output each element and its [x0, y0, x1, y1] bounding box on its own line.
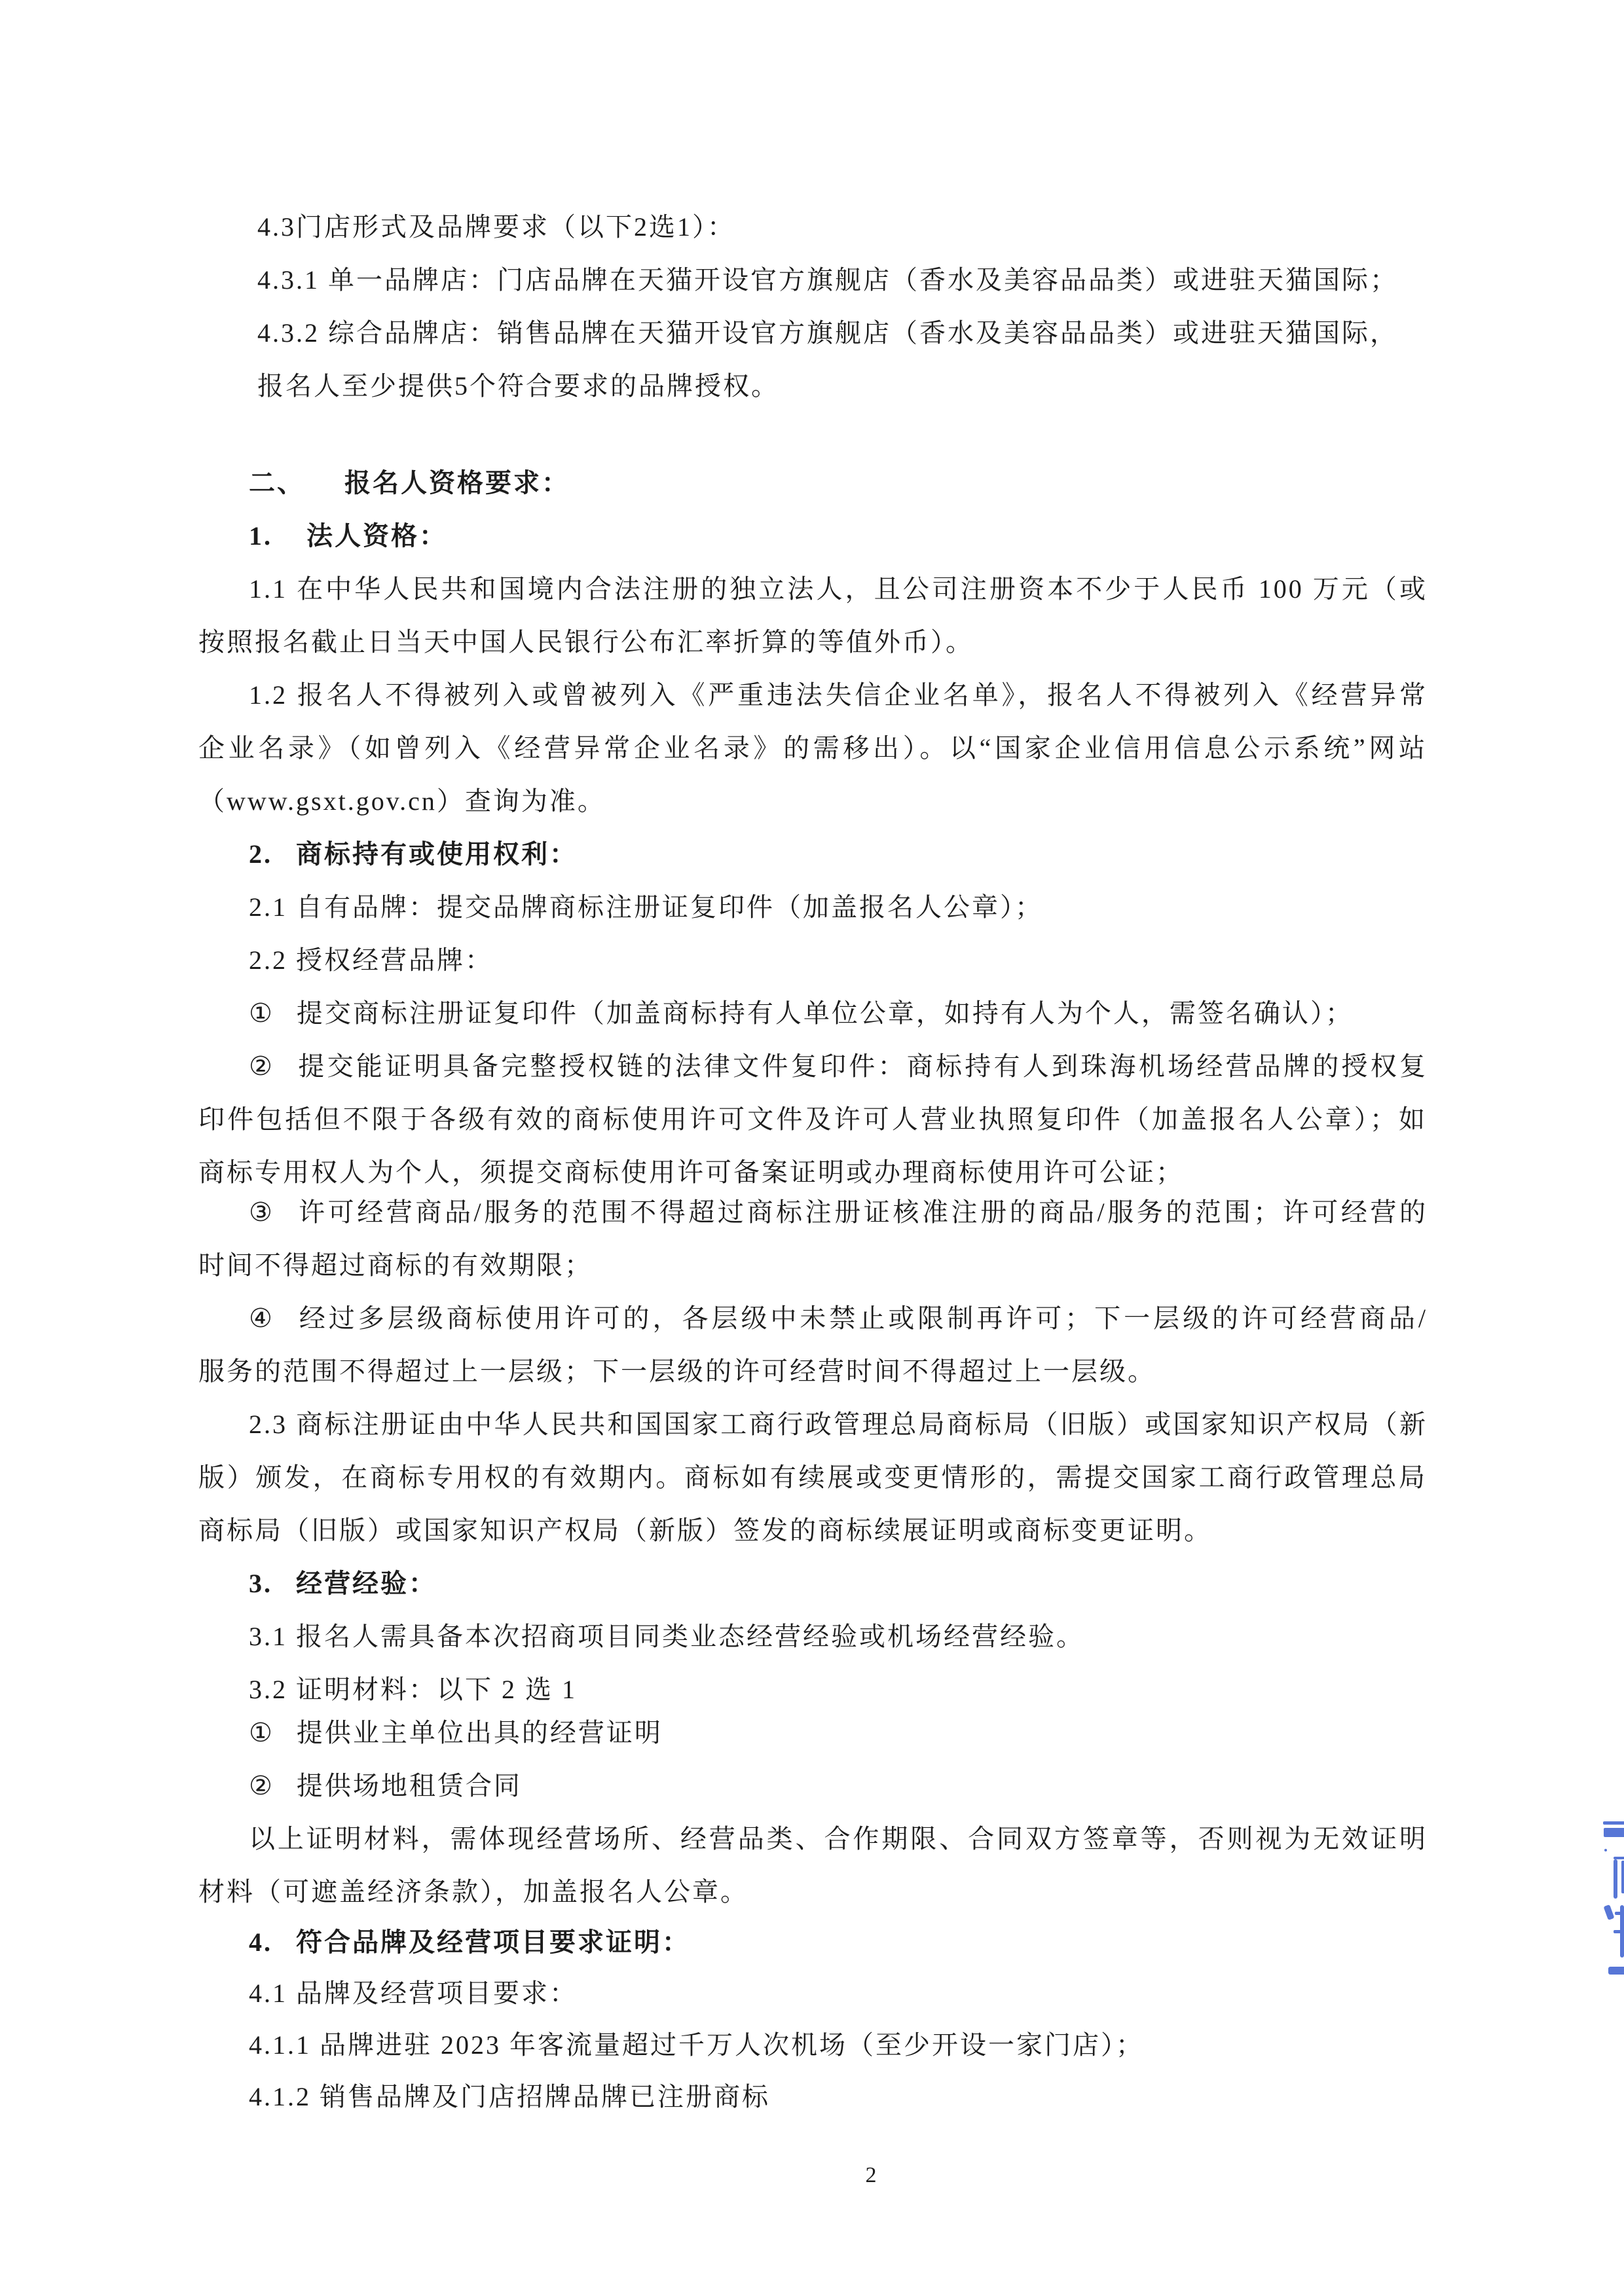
section-2-heading: 二、报名人资格要求： [249, 464, 570, 503]
clause-2-2-item-3-line-1: ③许可经营商品/服务的范围不得超过商标注册证核准注册的商品/服务的范围；许可经营… [249, 1193, 1428, 1232]
subsection-3-heading: 3.经营经验： [249, 1564, 437, 1603]
circled-number-4: ④ [249, 1303, 276, 1333]
item-4-3-1: 4.3.1 单一品牌店：门店品牌在天猫开设官方旗舰店（香水及美容品品类）或进驻天… [257, 261, 1398, 300]
subsection-4-number: 4. [249, 1927, 272, 1957]
clause-2-2: 2.2 授权经营品牌： [249, 941, 493, 980]
clause-1-2-line-3: （www.gsxt.gov.cn）查询为准。 [198, 782, 606, 821]
subsection-1-title: 法人资格： [306, 521, 447, 551]
circled-number-2: ② [249, 1051, 275, 1081]
clause-3-2-item-1: ①提供业主单位出具的经营证明 [249, 1713, 663, 1753]
item-4-3-2-line-1: 4.3.2 综合品牌店：销售品牌在天猫开设官方旗舰店（香水及美容品品类）或进驻天… [257, 314, 1398, 353]
clause-2-2-item-4-line-2: 服务的范围不得超过上一层级；下一层级的许可经营时间不得超过上一层级。 [198, 1352, 1156, 1391]
partial-seal-stamp [1602, 1820, 1624, 1977]
clause-1-1-line-2: 按照报名截止日当天中国人民银行公布汇率折算的等值外币）。 [198, 623, 974, 662]
seal-icon [1602, 1820, 1624, 1977]
clause-3-2-item-2: ②提供场地租赁合同 [249, 1766, 522, 1806]
clause-4-1-2: 4.1.2 销售品牌及门店招牌品牌已注册商标 [249, 2077, 770, 2117]
circled-number-2: ② [249, 1771, 274, 1800]
subsection-4-title: 符合品牌及经营项目要求证明： [296, 1927, 690, 1957]
section-4-3-heading: 4.3门店形式及品牌要求（以下2选1）： [257, 208, 735, 247]
subsection-2-title: 商标持有或使用权利： [296, 839, 578, 869]
section-2-heading-text: 报名人资格要求： [344, 468, 570, 498]
clause-3-1: 3.1 报名人需具备本次招商项目同类业态经营经验或机场经营经验。 [249, 1617, 1084, 1656]
clause-2-2-item-1-text: 提交商标注册证复印件（加盖商标持有人单位公章，如持有人为个人，需签名确认）； [297, 998, 1354, 1028]
page-number: 2 [858, 2160, 884, 2191]
clause-2-2-item-1: ①提交商标注册证复印件（加盖商标持有人单位公章，如持有人为个人，需签名确认）； [249, 994, 1354, 1033]
clause-2-3-line-3: 商标局（旧版）或国家知识产权局（新版）签发的商标续展证明或商标变更证明。 [198, 1511, 1212, 1550]
clause-3-2: 3.2 证明材料：以下 2 选 1 [249, 1670, 577, 1709]
clause-1-2-line-2: 企业名录》（如曾列入《经营异常企业名录》的需移出）。以“国家企业信用信息公示系统… [198, 729, 1427, 768]
clause-4-1: 4.1 品牌及经营项目要求： [249, 1974, 578, 2013]
clause-2-2-item-2-text-1: 提交能证明具备完整授权链的法律文件复印件：商标持有人到珠海机场经营品牌的授权复 [297, 1051, 1428, 1081]
circled-number-1: ① [249, 998, 274, 1028]
subsection-1-number: 1. [249, 521, 272, 551]
clause-2-3-line-2: 版）颁发，在商标专用权的有效期内。商标如有续展或变更情形的，需提交国家工商行政管… [198, 1458, 1427, 1497]
clause-2-2-item-2-line-2: 印件包括但不限于各级有效的商标使用许可文件及许可人营业执照复印件（加盖报名人公章… [198, 1100, 1427, 1139]
clause-2-2-item-3-text-1: 许可经营商品/服务的范围不得超过商标注册证核准注册的商品/服务的范围；许可经营的 [297, 1197, 1428, 1227]
clause-2-2-item-4-text-1: 经过多层级商标使用许可的，各层级中未禁止或限制再许可；下一层级的许可经营商品/ [298, 1303, 1428, 1333]
clause-2-2-item-3-line-2: 时间不得超过商标的有效期限； [198, 1246, 593, 1285]
subsection-3-number: 3. [249, 1569, 272, 1598]
circled-number-3: ③ [249, 1197, 275, 1227]
clause-2-2-item-2-line-1: ②提交能证明具备完整授权链的法律文件复印件：商标持有人到珠海机场经营品牌的授权复 [249, 1047, 1428, 1086]
clause-2-1: 2.1 自有品牌：提交品牌商标注册证复印件（加盖报名人公章）； [249, 888, 1043, 927]
subsection-3-title: 经营经验： [296, 1569, 437, 1598]
circled-number-1: ① [249, 1718, 274, 1747]
clause-2-2-item-4-line-1: ④经过多层级商标使用许可的，各层级中未禁止或限制再许可；下一层级的许可经营商品/ [249, 1299, 1428, 1338]
clause-2-3-line-1: 2.3 商标注册证由中华人民共和国国家工商行政管理总局商标局（旧版）或国家知识产… [249, 1405, 1428, 1444]
item-4-3-2-line-2: 报名人至少提供5个符合要求的品牌授权。 [257, 367, 779, 406]
clause-3-note-line-2: 材料（可遮盖经济条款），加盖报名人公章。 [198, 1872, 748, 1912]
subsection-2-number: 2. [249, 839, 272, 869]
clause-1-2-line-1: 1.2 报名人不得被列入或曾被列入《严重违法失信企业名单》，报名人不得被列入《经… [249, 676, 1428, 715]
clause-1-1-line-1: 1.1 在中华人民共和国境内合法注册的独立法人，且公司注册资本不少于人民币 10… [249, 570, 1428, 609]
subsection-4-heading: 4.符合品牌及经营项目要求证明： [249, 1923, 690, 1962]
document-page: 4.3门店形式及品牌要求（以下2选1）： 4.3.1 单一品牌店：门店品牌在天猫… [0, 0, 1624, 2296]
subsection-1-heading: 1.法人资格： [249, 517, 447, 556]
clause-3-2-item-1-text: 提供业主单位出具的经营证明 [297, 1718, 663, 1747]
section-2-heading-number: 二、 [249, 468, 305, 498]
clause-3-note-line-1: 以上证明材料，需体现经营场所、经营品类、合作期限、合同双方签章等，否则视为无效证… [249, 1819, 1428, 1859]
clause-2-2-item-2-line-3: 商标专用权人为个人，须提交商标使用许可备案证明或办理商标使用许可公证； [198, 1153, 1184, 1192]
clause-3-2-item-2-text: 提供场地租赁合同 [297, 1771, 522, 1800]
subsection-2-heading: 2.商标持有或使用权利： [249, 835, 578, 874]
clause-4-1-1: 4.1.1 品牌进驻 2023 年客流量超过千万人次机场（至少开设一家门店）； [249, 2026, 1144, 2065]
